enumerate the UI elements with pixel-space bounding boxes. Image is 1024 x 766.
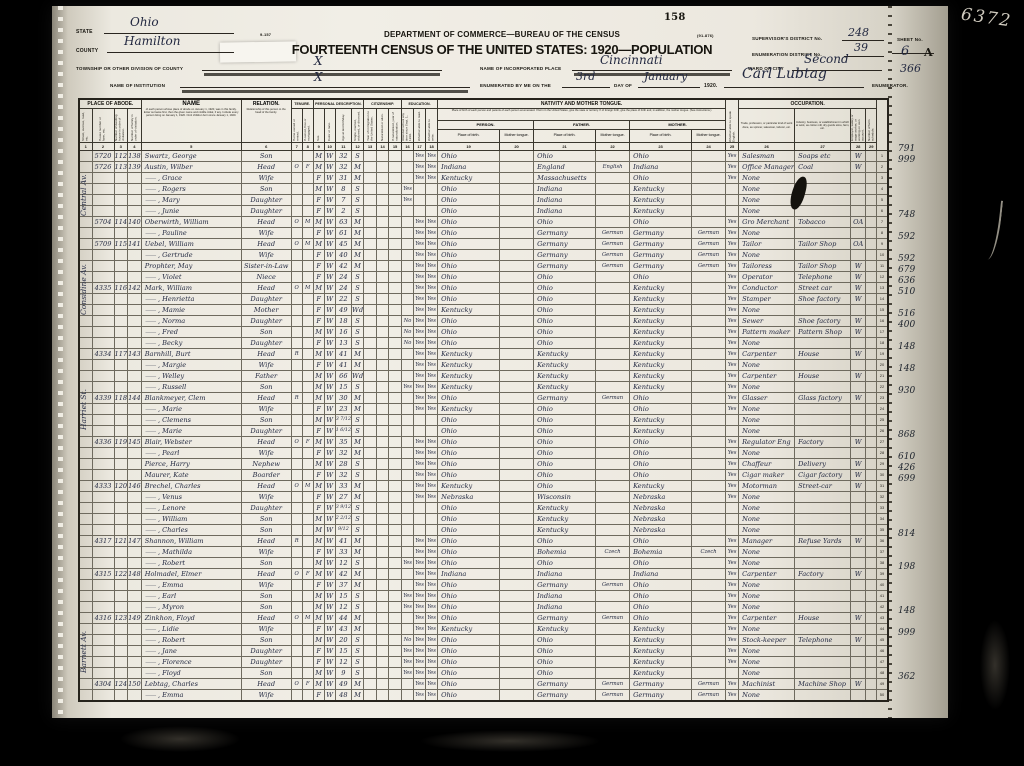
cell-n: Brechel, Charles bbox=[141, 481, 241, 492]
cell-st bbox=[79, 492, 92, 503]
cell-ny bbox=[389, 481, 402, 492]
cell-fa bbox=[866, 492, 877, 503]
cell-cr: W bbox=[324, 426, 335, 437]
cell-d bbox=[114, 448, 128, 459]
cell-na bbox=[377, 690, 389, 702]
cell-rd: Yes bbox=[414, 657, 426, 668]
cell-m bbox=[302, 470, 313, 481]
cell-im bbox=[364, 591, 377, 602]
cell-a: 3 7/12 bbox=[335, 415, 351, 426]
cell-wr: Yes bbox=[426, 283, 438, 294]
cell-im bbox=[364, 294, 377, 305]
cell-ft bbox=[596, 151, 630, 162]
cell-h bbox=[92, 371, 114, 382]
cell-h bbox=[92, 272, 114, 283]
cell-mt: German bbox=[692, 690, 726, 702]
line-number: 42 bbox=[877, 602, 888, 613]
cell-r: Son bbox=[241, 635, 291, 646]
person-pob-label: Place of birth. bbox=[438, 129, 500, 142]
cell-mb: Ohio bbox=[630, 580, 692, 591]
cell-r: Head bbox=[241, 239, 291, 250]
census-row-10: ⸺ , GertrudeWifeFW40MYesYesOhioGermanyGe… bbox=[79, 250, 888, 261]
column-number: 21 bbox=[534, 143, 596, 151]
cell-h bbox=[92, 525, 114, 536]
cell-wr: Yes bbox=[426, 679, 438, 690]
cell-im bbox=[364, 525, 377, 536]
cell-o bbox=[291, 195, 302, 206]
cell-cr: W bbox=[324, 162, 335, 173]
cell-mb: Kentucky bbox=[630, 415, 692, 426]
cell-f bbox=[128, 404, 142, 415]
cell-oc: None bbox=[739, 228, 795, 239]
cell-cr: W bbox=[324, 514, 335, 525]
cell-r: Son bbox=[241, 151, 291, 162]
cell-fa bbox=[866, 338, 877, 349]
cell-rd: Yes bbox=[414, 272, 426, 283]
cell-ny bbox=[389, 547, 402, 558]
cell-mt bbox=[692, 415, 726, 426]
cell-rd: Yes bbox=[414, 690, 426, 702]
cell-im bbox=[364, 459, 377, 470]
cell-o bbox=[291, 668, 302, 679]
cell-na bbox=[377, 349, 389, 360]
cell-r: Wife bbox=[241, 547, 291, 558]
cell-sx: M bbox=[313, 371, 324, 382]
mother-pob-label: Place of birth. bbox=[630, 129, 692, 142]
cell-fb: Indiana bbox=[534, 206, 596, 217]
cell-sx: M bbox=[313, 184, 324, 195]
cell-ft bbox=[596, 492, 630, 503]
cell-sx: M bbox=[313, 668, 324, 679]
cell-r: Daughter bbox=[241, 206, 291, 217]
cell-f: 149 bbox=[128, 613, 142, 624]
cell-mt bbox=[692, 195, 726, 206]
line-number: 12 bbox=[877, 272, 888, 283]
cell-pb: Indiana bbox=[438, 162, 500, 173]
cell-wr: Yes bbox=[426, 459, 438, 470]
cell-a: 31 bbox=[335, 173, 351, 184]
cell-mb: Ohio bbox=[630, 393, 692, 404]
cell-pt bbox=[500, 206, 534, 217]
cell-cl: W bbox=[851, 272, 866, 283]
cell-f: 147 bbox=[128, 536, 142, 547]
cell-ny bbox=[389, 591, 402, 602]
cell-pt bbox=[500, 602, 534, 613]
cell-im bbox=[364, 261, 377, 272]
cell-r: Daughter bbox=[241, 316, 291, 327]
cell-ms: M bbox=[352, 360, 364, 371]
cell-n: Blankmeyer, Clem bbox=[141, 393, 241, 404]
cell-a: 2 bbox=[335, 206, 351, 217]
cell-m bbox=[302, 514, 313, 525]
cell-pb: Ohio bbox=[438, 338, 500, 349]
cell-n: ⸺ , Earl bbox=[141, 591, 241, 602]
street-name-label: Barnett Av. bbox=[79, 608, 91, 696]
cell-en: Yes bbox=[726, 481, 739, 492]
margin-industry-code: 791 bbox=[898, 144, 915, 154]
cell-cl bbox=[851, 492, 866, 503]
cell-in bbox=[795, 547, 851, 558]
census-row-37: ⸺ , MathildaWifeFW33MYesYesOhioBohemiaCz… bbox=[79, 547, 888, 558]
cell-ms: M bbox=[352, 547, 364, 558]
cell-sc bbox=[402, 371, 414, 382]
cell-f bbox=[128, 602, 142, 613]
cell-fb: Wisconsin bbox=[534, 492, 596, 503]
street-name-label: Harriet St. bbox=[79, 344, 91, 476]
cell-en: Yes bbox=[726, 448, 739, 459]
cell-pb: Ohio bbox=[438, 646, 500, 657]
cell-ms: M bbox=[352, 261, 364, 272]
cell-sc bbox=[402, 690, 414, 702]
cell-cr: W bbox=[324, 459, 335, 470]
cell-sc bbox=[402, 283, 414, 294]
cell-a: 41 bbox=[335, 349, 351, 360]
cell-en: Yes bbox=[726, 228, 739, 239]
cell-m bbox=[302, 602, 313, 613]
cell-f bbox=[128, 646, 142, 657]
cell-cl bbox=[851, 415, 866, 426]
cell-sx: M bbox=[313, 558, 324, 569]
cell-cr: W bbox=[324, 624, 335, 635]
cell-pt bbox=[500, 228, 534, 239]
cell-fa bbox=[866, 371, 877, 382]
cell-f bbox=[128, 690, 142, 702]
cell-f bbox=[128, 316, 142, 327]
cell-f bbox=[128, 228, 142, 239]
cell-wr: Yes bbox=[426, 393, 438, 404]
cell-en: Yes bbox=[726, 217, 739, 228]
cell-fb: Indiana bbox=[534, 184, 596, 195]
cell-fa bbox=[866, 239, 877, 250]
cell-pt bbox=[500, 305, 534, 316]
cell-mb: Ohio bbox=[630, 173, 692, 184]
cell-na bbox=[377, 151, 389, 162]
cell-a: 15 bbox=[335, 591, 351, 602]
cell-sc bbox=[402, 481, 414, 492]
cell-h bbox=[92, 470, 114, 481]
cell-rd: Yes bbox=[414, 668, 426, 679]
cell-in: Pattern Shop bbox=[795, 327, 851, 338]
cell-wr: Yes bbox=[426, 261, 438, 272]
cell-oc: None bbox=[739, 360, 795, 371]
cell-oc: Operator bbox=[739, 272, 795, 283]
cell-h: 4316 bbox=[92, 613, 114, 624]
cell-o bbox=[291, 305, 302, 316]
cell-fa bbox=[866, 558, 877, 569]
cell-r: Wife bbox=[241, 448, 291, 459]
cell-ny bbox=[389, 261, 402, 272]
cell-pb: Ohio bbox=[438, 602, 500, 613]
cell-en: Yes bbox=[726, 393, 739, 404]
cell-a: 27 bbox=[335, 492, 351, 503]
cell-n: ⸺ , Henrietta bbox=[141, 294, 241, 305]
cell-mb: Ohio bbox=[630, 591, 692, 602]
cell-a: 8 bbox=[335, 184, 351, 195]
cell-pt bbox=[500, 536, 534, 547]
cell-fa bbox=[866, 580, 877, 591]
cell-in: Soaps etc bbox=[795, 151, 851, 162]
cell-st bbox=[79, 503, 92, 514]
cell-pb: Ohio bbox=[438, 448, 500, 459]
cell-pt bbox=[500, 624, 534, 635]
cell-pb: Ohio bbox=[438, 415, 500, 426]
cell-oc: Glasser bbox=[739, 393, 795, 404]
cell-rd: Yes bbox=[414, 591, 426, 602]
cell-r: Head bbox=[241, 569, 291, 580]
cell-im bbox=[364, 437, 377, 448]
census-row-36: 4317121147Shannon, WilliamHeadRMW41MYesY… bbox=[79, 536, 888, 547]
cell-mt bbox=[692, 349, 726, 360]
cell-ny bbox=[389, 426, 402, 437]
line-number: 19 bbox=[877, 349, 888, 360]
cell-pb: Ohio bbox=[438, 459, 500, 470]
cell-pb: Ohio bbox=[438, 514, 500, 525]
cell-na bbox=[377, 294, 389, 305]
cell-fb: Germany bbox=[534, 250, 596, 261]
cell-r: Wife bbox=[241, 228, 291, 239]
cell-n: ⸺ , Clemens bbox=[141, 415, 241, 426]
cell-na bbox=[377, 206, 389, 217]
cell-f: 144 bbox=[128, 393, 142, 404]
cell-im bbox=[364, 316, 377, 327]
cell-sc bbox=[402, 349, 414, 360]
cell-pt bbox=[500, 426, 534, 437]
cell-cr: W bbox=[324, 206, 335, 217]
cell-cl: W bbox=[851, 327, 866, 338]
cell-na bbox=[377, 426, 389, 437]
cell-oc: Salesman bbox=[739, 151, 795, 162]
line-number: 17 bbox=[877, 327, 888, 338]
cell-wr: Yes bbox=[426, 646, 438, 657]
column-number: 22 bbox=[596, 143, 630, 151]
cell-sc: Yes bbox=[402, 602, 414, 613]
cell-m bbox=[302, 657, 313, 668]
margin-industry-code: 610 bbox=[898, 452, 915, 462]
cell-sx: F bbox=[313, 690, 324, 702]
cell-sc: Yes bbox=[402, 195, 414, 206]
cell-cr: W bbox=[324, 569, 335, 580]
cell-d: 113 bbox=[114, 162, 128, 173]
cell-mt bbox=[692, 602, 726, 613]
cell-r: Nephew bbox=[241, 459, 291, 470]
cell-ms: M bbox=[352, 613, 364, 624]
cell-d bbox=[114, 547, 128, 558]
cell-mb: Ohio bbox=[630, 404, 692, 415]
cell-in bbox=[795, 415, 851, 426]
cell-n: Austin, Wilber bbox=[141, 162, 241, 173]
line-number: 26 bbox=[877, 426, 888, 437]
cell-en: Yes bbox=[726, 349, 739, 360]
cell-n: ⸺ , Becky bbox=[141, 338, 241, 349]
cell-in: House bbox=[795, 371, 851, 382]
cell-na bbox=[377, 173, 389, 184]
cell-wr bbox=[426, 503, 438, 514]
cell-a: 22 bbox=[335, 294, 351, 305]
cell-o: O bbox=[291, 613, 302, 624]
cell-cl bbox=[851, 448, 866, 459]
institution-value: X bbox=[314, 70, 323, 84]
cell-mb: Ohio bbox=[630, 437, 692, 448]
cell-a: 3 9/12 bbox=[335, 503, 351, 514]
cell-im bbox=[364, 228, 377, 239]
cell-oc: None bbox=[739, 206, 795, 217]
cell-pt bbox=[500, 151, 534, 162]
cell-cl bbox=[851, 558, 866, 569]
cell-na bbox=[377, 437, 389, 448]
cell-h bbox=[92, 250, 114, 261]
cell-mb: Ohio bbox=[630, 151, 692, 162]
cell-rd bbox=[414, 195, 426, 206]
cell-fb: Ohio bbox=[534, 294, 596, 305]
cell-f bbox=[128, 294, 142, 305]
cell-oc: Gro Merchant bbox=[739, 217, 795, 228]
cell-cr: W bbox=[324, 415, 335, 426]
cell-en: Yes bbox=[726, 635, 739, 646]
cell-sc bbox=[402, 360, 414, 371]
cell-pt bbox=[500, 580, 534, 591]
cell-n: ⸺ , Robert bbox=[141, 635, 241, 646]
cell-cr: W bbox=[324, 195, 335, 206]
cell-mt bbox=[692, 151, 726, 162]
cell-oc: None bbox=[739, 492, 795, 503]
cell-fb: Germany bbox=[534, 690, 596, 702]
cell-mt bbox=[692, 162, 726, 173]
cell-fb: Ohio bbox=[534, 283, 596, 294]
cell-pt bbox=[500, 470, 534, 481]
group-citizenship: CITIZENSHIP. bbox=[364, 99, 402, 109]
line-number: 23 bbox=[877, 393, 888, 404]
cell-wr: Yes bbox=[426, 316, 438, 327]
cell-sx: F bbox=[313, 195, 324, 206]
cell-pt bbox=[500, 327, 534, 338]
cell-d bbox=[114, 426, 128, 437]
cell-ms: Wd bbox=[352, 305, 364, 316]
cell-wr: Yes bbox=[426, 448, 438, 459]
cell-im bbox=[364, 382, 377, 393]
cell-na bbox=[377, 503, 389, 514]
cell-st bbox=[79, 525, 92, 536]
column-number: 29 bbox=[866, 143, 877, 151]
cell-h bbox=[92, 690, 114, 702]
cell-f bbox=[128, 305, 142, 316]
line-number: 49 bbox=[877, 679, 888, 690]
cell-cr: W bbox=[324, 294, 335, 305]
cell-fb: Ohio bbox=[534, 327, 596, 338]
cell-pb: Ohio bbox=[438, 690, 500, 702]
cell-ft bbox=[596, 173, 630, 184]
cell-cr: W bbox=[324, 305, 335, 316]
cell-im bbox=[364, 393, 377, 404]
line-number: 45 bbox=[877, 635, 888, 646]
cell-sx: M bbox=[313, 635, 324, 646]
cell-rd: Yes bbox=[414, 305, 426, 316]
cell-cl bbox=[851, 503, 866, 514]
cell-rd: Yes bbox=[414, 448, 426, 459]
cell-en: Yes bbox=[726, 591, 739, 602]
cell-en: Yes bbox=[726, 261, 739, 272]
cell-mt bbox=[692, 338, 726, 349]
line-number: 48 bbox=[877, 668, 888, 679]
census-row-14: ⸺ , HenriettaDaughterFW22SYesYesOhioOhio… bbox=[79, 294, 888, 305]
cell-m: M bbox=[302, 481, 313, 492]
cell-f bbox=[128, 558, 142, 569]
column-number: 4 bbox=[128, 143, 142, 151]
cell-m: M bbox=[302, 613, 313, 624]
cell-ny bbox=[389, 371, 402, 382]
cell-en: Yes bbox=[726, 536, 739, 547]
cell-in: Coal bbox=[795, 162, 851, 173]
cell-pt bbox=[500, 382, 534, 393]
cell-fa bbox=[866, 514, 877, 525]
cell-a: 24 bbox=[335, 283, 351, 294]
cell-wr: Yes bbox=[426, 591, 438, 602]
cell-ft bbox=[596, 349, 630, 360]
cell-r: Father bbox=[241, 371, 291, 382]
cell-pt bbox=[500, 415, 534, 426]
cell-im bbox=[364, 657, 377, 668]
cell-m bbox=[302, 349, 313, 360]
cell-ft bbox=[596, 404, 630, 415]
cell-ms: M bbox=[352, 679, 364, 690]
column-number: 20 bbox=[500, 143, 534, 151]
cell-in: Telephone bbox=[795, 272, 851, 283]
cell-ms: M bbox=[352, 437, 364, 448]
cell-sc bbox=[402, 239, 414, 250]
cell-pt bbox=[500, 569, 534, 580]
cell-r: Daughter bbox=[241, 426, 291, 437]
cell-n: ⸺ , Junie bbox=[141, 206, 241, 217]
cell-im bbox=[364, 173, 377, 184]
form-code-left: 9-157 bbox=[260, 32, 271, 37]
cell-a: 37 bbox=[335, 580, 351, 591]
cell-en: Yes bbox=[726, 173, 739, 184]
cell-pt bbox=[500, 514, 534, 525]
cell-sx: M bbox=[313, 415, 324, 426]
cell-sc: No bbox=[402, 338, 414, 349]
cell-pb: Ohio bbox=[438, 239, 500, 250]
cell-a: 44 bbox=[335, 613, 351, 624]
cell-st bbox=[79, 547, 92, 558]
cell-d: 119 bbox=[114, 437, 128, 448]
line-number: 21 bbox=[877, 371, 888, 382]
cell-oc: Carpenter bbox=[739, 613, 795, 624]
column-number: 25 bbox=[726, 143, 739, 151]
line-number: 20 bbox=[877, 360, 888, 371]
cell-d bbox=[114, 470, 128, 481]
cell-cl bbox=[851, 514, 866, 525]
line-number: 40 bbox=[877, 580, 888, 591]
cell-cl: W bbox=[851, 151, 866, 162]
cell-ny bbox=[389, 239, 402, 250]
cell-f: 138 bbox=[128, 151, 142, 162]
cell-ms: S bbox=[352, 382, 364, 393]
cell-h bbox=[92, 228, 114, 239]
cell-d bbox=[114, 646, 128, 657]
cell-rd: Yes bbox=[414, 162, 426, 173]
cell-mb: Bohemia bbox=[630, 547, 692, 558]
cell-im bbox=[364, 272, 377, 283]
cell-ny bbox=[389, 305, 402, 316]
cell-sc: Yes bbox=[402, 657, 414, 668]
cell-sx: M bbox=[313, 349, 324, 360]
cell-im bbox=[364, 514, 377, 525]
cell-d bbox=[114, 327, 128, 338]
cell-cl bbox=[851, 690, 866, 702]
cell-f bbox=[128, 327, 142, 338]
cell-fa bbox=[866, 162, 877, 173]
cell-in bbox=[795, 602, 851, 613]
cell-pb: Ohio bbox=[438, 679, 500, 690]
